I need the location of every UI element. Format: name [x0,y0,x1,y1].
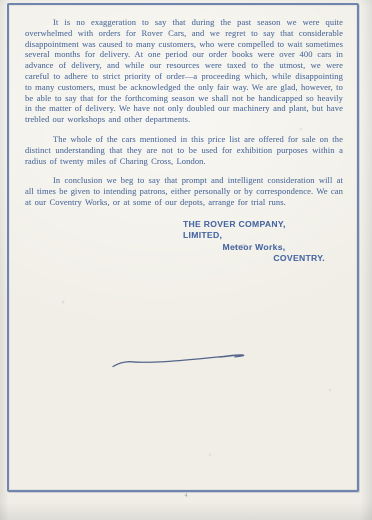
signature-block: THE ROVER COMPANY, LIMITED, Meteor Works… [183,219,325,265]
paragraph-conclusion: In conclusion we beg to say that prompt … [25,175,343,207]
city-name: COVENTRY. [183,253,325,264]
paragraph-delivery: It is no exaggeration to say that during… [25,17,343,125]
handwritten-ink-stroke [108,348,253,372]
paragraph-exhibition: The whole of the cars mentioned in this … [25,134,343,166]
page-number: 4 [179,493,193,499]
works-name: Meteor Works, [183,242,325,253]
company-name: THE ROVER COMPANY, LIMITED, [183,219,325,242]
scanned-page: It is no exaggeration to say that during… [0,0,372,520]
page-content: It is no exaggeration to say that during… [25,17,343,264]
